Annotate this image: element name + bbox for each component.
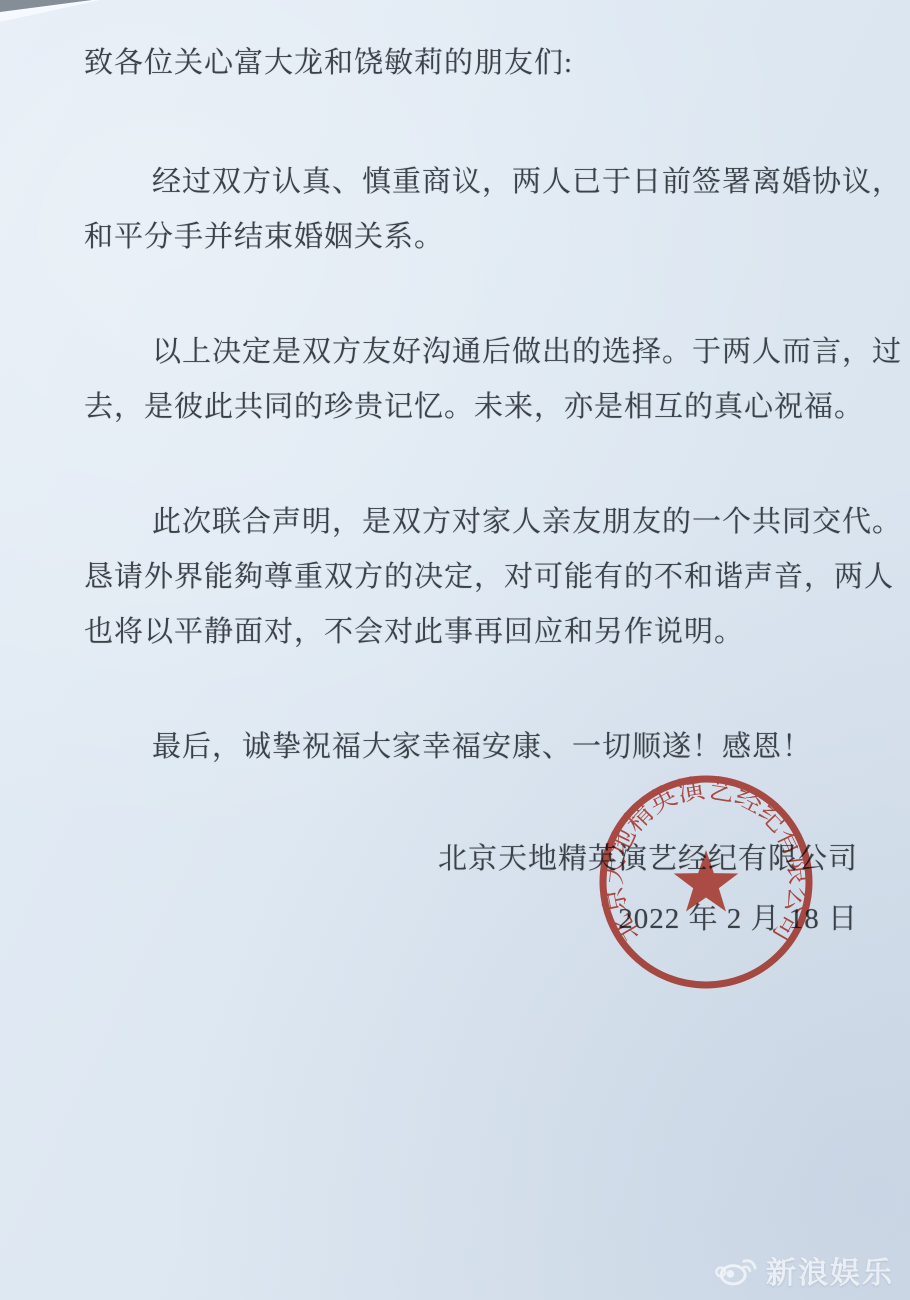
watermark-label: 新浪娱乐 <box>766 1248 894 1292</box>
paragraph-line: 以上决定是双方友好沟通后做出的选择。于两人而言，过 <box>84 325 858 380</box>
company-seal: 北京天地精英演艺经纪有限公司 <box>596 772 816 992</box>
paragraph-2: 以上决定是双方友好沟通后做出的选择。于两人而言，过 去，是彼此共同的珍贵记忆。未… <box>84 325 858 435</box>
paragraph-1: 经过双方认真、慎重商议，两人已于日前签署离婚协议， 和平分手并结束婚姻关系。 <box>84 155 858 265</box>
paragraph-line: 此次联合声明，是双方对家人亲友朋友的一个共同交代。 <box>84 495 858 550</box>
letter-photo: 致各位关心富大龙和饶敏莉的朋友们: 经过双方认真、慎重商议，两人已于日前签署离婚… <box>0 0 910 1300</box>
paragraph-line: 和平分手并结束婚姻关系。 <box>84 210 858 265</box>
star-icon <box>674 850 739 912</box>
paragraph-line: 恳请外界能夠尊重双方的决定，对可能有的不和谐声音，两人 <box>84 550 858 605</box>
sina-entertainment-watermark: 新浪娱乐 <box>714 1248 894 1292</box>
paragraph-3: 此次联合声明，是双方对家人亲友朋友的一个共同交代。 恳请外界能夠尊重双方的决定，… <box>84 495 858 660</box>
paragraph-line: 经过双方认真、慎重商议，两人已于日前签署离婚协议， <box>84 155 858 210</box>
salutation: 致各位关心富大龙和饶敏莉的朋友们: <box>84 36 858 91</box>
paragraph-line: 去，是彼此共同的珍贵记忆。未来，亦是相互的真心祝福。 <box>84 380 858 435</box>
company-seal-graphic: 北京天地精英演艺经纪有限公司 <box>596 772 816 992</box>
paragraph-4: 最后，诚挚祝福大家幸福安康、一切顺遂！感恩！ <box>84 720 858 775</box>
paragraph-line: 也将以平静面对，不会对此事再回应和另作说明。 <box>84 605 858 660</box>
paragraph-line: 最后，诚挚祝福大家幸福安康、一切顺遂！感恩！ <box>84 720 858 775</box>
weibo-logo-icon <box>714 1252 760 1288</box>
